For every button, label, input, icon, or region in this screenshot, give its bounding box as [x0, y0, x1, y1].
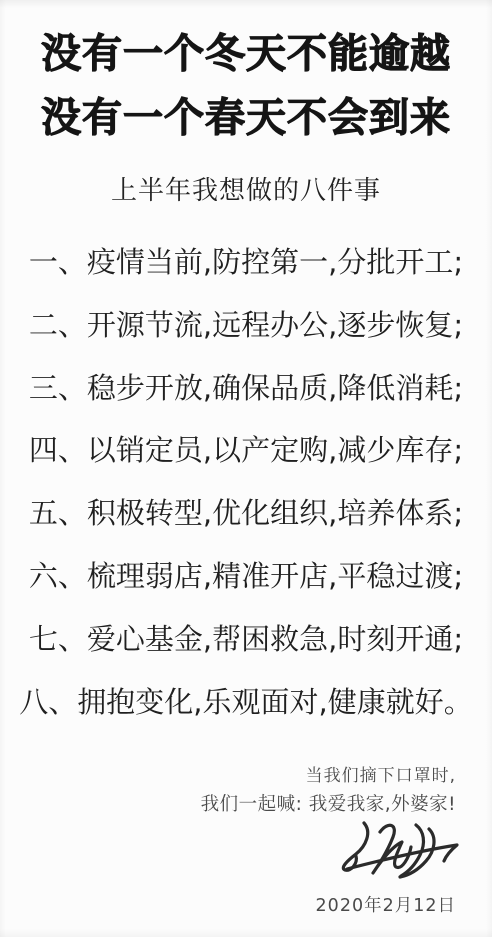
signature-icon [330, 816, 462, 892]
footer-note-line-2: 我们一起喊: 我爱我家,外婆家! [201, 790, 456, 816]
list-item-1: 一、疫情当前,防控第一,分批开工; [0, 231, 492, 294]
list-item-3: 三、稳步开放,确保品质,降低消耗; [0, 357, 492, 420]
poster-title: 没有一个冬天不能逾越 没有一个春天不会到来 [0, 22, 492, 150]
list-item-7: 七、爱心基金,帮困救急,时刻开通; [0, 608, 492, 671]
list-item-8: 八、拥抱变化,乐观面对,健康就好。 [0, 671, 492, 734]
footer-date: 2020年2月12日 [316, 892, 456, 917]
title-line-1: 没有一个冬天不能逾越 [0, 22, 492, 86]
poster-subtitle: 上半年我想做的八件事 [0, 170, 492, 207]
poster: 没有一个冬天不能逾越 没有一个春天不会到来 上半年我想做的八件事 一、疫情当前,… [0, 0, 492, 937]
todo-list: 一、疫情当前,防控第一,分批开工; 二、开源节流,远程办公,逐步恢复; 三、稳步… [0, 231, 492, 733]
list-item-5: 五、积极转型,优化组织,培养体系; [0, 482, 492, 545]
footer-note-line-1: 当我们摘下口罩时, [306, 761, 456, 786]
list-item-4: 四、以销定员,以产定购,减少库存; [0, 419, 492, 482]
list-item-2: 二、开源节流,远程办公,逐步恢复; [0, 294, 492, 357]
title-line-2: 没有一个春天不会到来 [0, 86, 492, 150]
list-item-6: 六、梳理弱店,精准开店,平稳过渡; [0, 545, 492, 608]
